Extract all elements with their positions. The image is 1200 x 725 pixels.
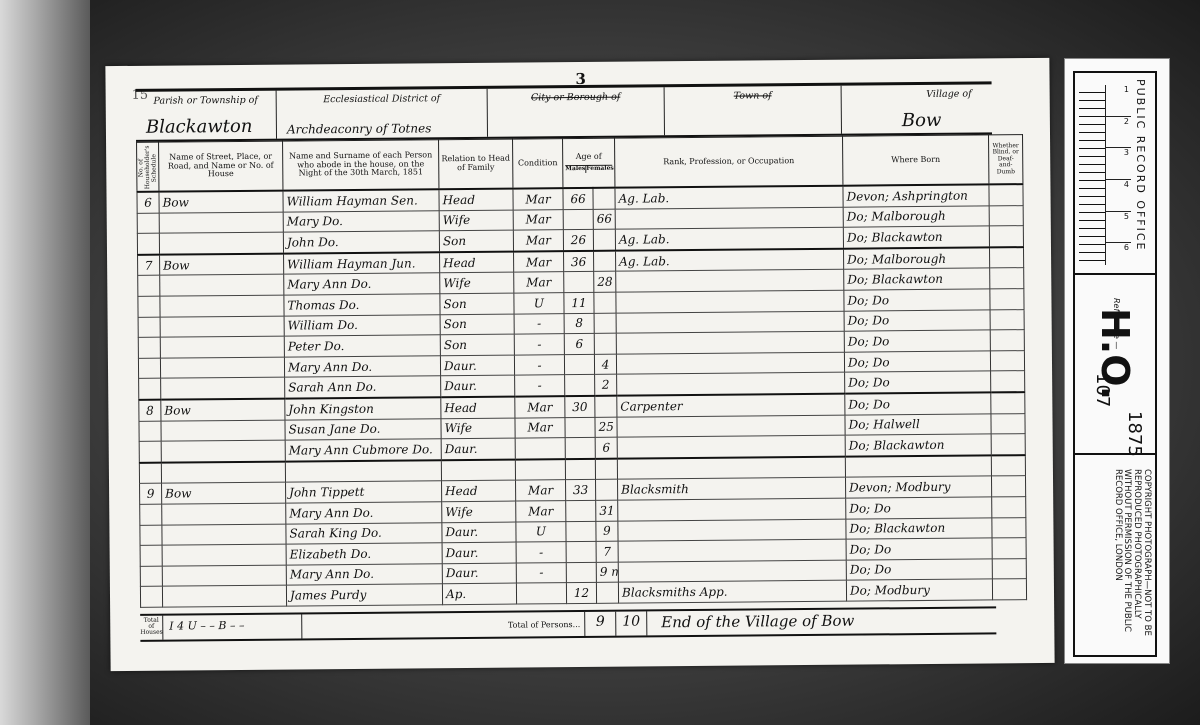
col-occupation: Rank, Profession, or Occupation <box>615 136 843 187</box>
occupation <box>618 560 846 583</box>
condition: - <box>514 313 564 334</box>
condition: Mar <box>515 417 565 438</box>
condition: Mar <box>516 480 566 501</box>
where-born: Devon; Modbury <box>846 476 992 498</box>
age-female: 4 <box>594 354 616 375</box>
schedule-number <box>138 337 160 358</box>
relation: Wife <box>441 418 515 439</box>
relation: Daur. <box>441 438 515 460</box>
occupation <box>617 456 845 479</box>
schedule-number <box>139 421 161 442</box>
age-male <box>565 375 595 396</box>
ecclesiastical-value: Archdeaconry of Totnes <box>287 121 432 136</box>
condition: Mar <box>513 209 563 230</box>
relation: Wife <box>439 210 513 231</box>
age-female: 2 <box>595 375 617 396</box>
age-male: 6 <box>564 334 594 355</box>
occupation <box>616 290 844 313</box>
total-females: 10 <box>616 611 647 635</box>
age-male <box>566 521 596 542</box>
occupation <box>617 415 845 438</box>
totals-row: Total of Houses I 4 U – – B – – Total of… <box>140 606 996 641</box>
scale-number: 1 <box>1105 85 1131 117</box>
street-name <box>160 274 284 296</box>
blind-deaf <box>990 247 1024 268</box>
condition: Mar <box>513 230 563 252</box>
person-name: Elizabeth Do. <box>286 543 442 565</box>
person-name: Susan Jane Do. <box>285 418 441 440</box>
blind-deaf <box>991 371 1025 392</box>
strip-divider <box>1075 273 1155 275</box>
age-female: 66 <box>593 209 615 230</box>
relation: Daur. <box>440 355 514 376</box>
age-female <box>594 250 616 271</box>
street-name <box>159 232 283 254</box>
where-born: Do; Blackawton <box>845 434 991 456</box>
person-name: Mary Do. <box>283 210 439 232</box>
street-name <box>161 377 285 399</box>
occupation <box>618 519 846 542</box>
schedule-number <box>140 586 162 607</box>
schedule-number <box>138 358 160 379</box>
relation: Head <box>441 397 515 419</box>
relation: Daur. <box>442 542 516 563</box>
age-female <box>595 458 617 479</box>
scale-number: 4 <box>1105 180 1131 212</box>
age-males-label: Males <box>565 166 585 173</box>
schedule-number <box>140 504 162 525</box>
age-females-label: Females <box>585 166 614 173</box>
person-name: Mary Ann Do. <box>284 273 440 295</box>
blind-deaf <box>989 205 1023 226</box>
col-condition: Condition <box>513 139 563 189</box>
blind-deaf <box>992 517 1026 538</box>
blind-deaf <box>990 268 1024 289</box>
relation: Son <box>440 293 514 314</box>
schedule-number <box>140 545 162 566</box>
condition: - <box>516 562 566 583</box>
relation: Son <box>440 334 514 355</box>
village-label: Village of <box>842 88 992 100</box>
relation: Daur. <box>442 522 516 543</box>
street-name: Bow <box>162 482 286 504</box>
schedule-number <box>138 296 160 317</box>
where-born: Do; Malborough <box>843 206 989 228</box>
blind-deaf <box>989 184 1023 205</box>
census-body: 6BowWilliam Hayman Sen.HeadMar66Ag. Lab.… <box>137 184 1027 607</box>
age-female <box>594 292 616 313</box>
age-male <box>563 209 593 230</box>
person-name: William Do. <box>284 314 440 336</box>
condition: Mar <box>513 188 563 210</box>
where-born: Do; Blackawton <box>846 517 992 539</box>
age-female <box>593 188 615 209</box>
where-born: Do; Do <box>846 559 992 581</box>
occupation: Ag. Lab. <box>615 227 843 250</box>
age-female: 31 <box>596 500 618 521</box>
condition: - <box>514 334 564 355</box>
person-name: Sarah Ann Do. <box>285 376 441 398</box>
total-houses-label: Total of Houses <box>140 616 163 640</box>
scale-number: 5 <box>1105 212 1131 244</box>
condition: Mar <box>516 501 566 522</box>
age-male: 30 <box>565 396 595 417</box>
age-male: 66 <box>563 188 593 209</box>
age-label: Age of <box>565 153 612 162</box>
schedule-number: 6 <box>137 192 159 213</box>
street-name: Bow <box>159 191 283 213</box>
where-born: Do; Do <box>845 392 991 414</box>
age-female <box>593 229 615 250</box>
occupation: Carpenter <box>617 394 845 417</box>
condition <box>516 583 566 604</box>
person-name: Sarah King Do. <box>286 522 442 544</box>
where-born: Do; Do <box>844 330 990 352</box>
age-female: 25 <box>595 417 617 438</box>
occupation <box>617 435 845 458</box>
ruler-scale <box>1079 85 1106 265</box>
occupation: Blacksmith <box>618 477 846 500</box>
relation: Daur. <box>441 375 515 397</box>
occupation: Ag. Lab. <box>615 186 843 209</box>
blind-deaf <box>990 309 1024 330</box>
village-cell: Village of Bow <box>842 84 992 133</box>
street-name <box>161 461 285 483</box>
col-street: Name of Street, Place, or Road, and Name… <box>159 141 283 192</box>
blind-deaf <box>991 413 1025 434</box>
street-name <box>159 212 283 234</box>
strip-divider-2 <box>1075 453 1155 455</box>
age-female: 9 <box>596 521 618 542</box>
location-header: Parish or Township of Blackawton Ecclesi… <box>136 84 992 141</box>
age-male: 12 <box>566 583 596 604</box>
piece-number: 107 <box>1092 373 1113 407</box>
houses-value: I 4 U – – B – – <box>163 614 302 639</box>
where-born <box>845 455 991 477</box>
age-male: 26 <box>563 230 593 251</box>
street-name <box>160 295 284 317</box>
town-label: Town of <box>665 90 841 103</box>
person-name: William Hayman Jun. <box>284 252 440 274</box>
condition: U <box>514 293 564 314</box>
where-born: Do; Do <box>844 351 990 373</box>
city-cell: City or Borough of <box>488 87 665 137</box>
where-born: Do; Do <box>844 289 990 311</box>
age-male <box>566 500 596 521</box>
age-female <box>596 479 618 500</box>
where-born: Do; Do <box>846 538 992 560</box>
occupation <box>616 331 844 354</box>
scale-number: 2 <box>1105 117 1131 149</box>
age-male <box>566 562 596 583</box>
relation: Head <box>442 480 516 501</box>
blind-deaf <box>992 497 1026 518</box>
age-female <box>594 313 616 334</box>
schedule-number <box>140 566 162 587</box>
blind-deaf <box>990 330 1024 351</box>
where-born: Do; Halwell <box>845 413 991 435</box>
street-name: Bow <box>161 399 285 421</box>
village-value: Bow <box>902 110 942 131</box>
copyright-notice: COPYRIGHT PHOTOGRAPH—NOT TO BE REPRODUCE… <box>1112 469 1151 649</box>
age-female: 9 m <box>596 562 618 583</box>
condition: U <box>516 521 566 542</box>
relation <box>441 459 515 481</box>
ecclesiastical-label: Ecclesiastical District of <box>277 93 487 106</box>
street-name <box>160 336 284 358</box>
street-name <box>160 357 284 379</box>
record-office-title: PUBLIC RECORD OFFICE <box>1134 79 1147 252</box>
col-relation: Relation to Head of Family <box>439 139 513 189</box>
person-name: John Do. <box>283 231 439 253</box>
where-born: Do; Do <box>844 309 990 331</box>
schedule-number <box>137 233 159 254</box>
age-male <box>565 459 595 480</box>
census-table: No. of Householder's Schedule Name of St… <box>136 134 1027 608</box>
person-name <box>285 460 441 482</box>
street-name <box>161 440 285 462</box>
census-page: 15 3 Parish or Township of Blackawton Ec… <box>105 58 1054 671</box>
schedule-number <box>139 462 161 483</box>
schedule-number: 9 <box>140 483 162 504</box>
blind-deaf <box>991 434 1025 455</box>
schedule-number <box>140 525 162 546</box>
occupation <box>615 207 843 230</box>
person-name: John Tippett <box>286 481 442 503</box>
relation: Son <box>439 230 513 252</box>
blind-deaf <box>990 289 1024 310</box>
street-name <box>162 565 286 587</box>
schedule-number: 7 <box>138 254 160 275</box>
parish-value: Blackawton <box>146 116 253 138</box>
age-female <box>596 582 618 603</box>
schedule-number <box>137 213 159 234</box>
where-born: Devon; Ashprington <box>843 184 989 206</box>
occupation <box>618 539 846 562</box>
occupation <box>616 311 844 334</box>
schedule-number <box>139 441 161 462</box>
blind-deaf <box>991 455 1025 476</box>
where-born: Do; Do <box>845 371 991 393</box>
relation: Head <box>439 189 513 211</box>
occupation <box>616 352 844 375</box>
person-name: Mary Ann Cubmore Do. <box>285 439 441 461</box>
blind-deaf <box>992 476 1026 497</box>
blind-deaf <box>989 226 1023 247</box>
city-label: City or Borough of <box>488 91 664 104</box>
blind-deaf <box>992 538 1026 559</box>
occupation: Ag. Lab. <box>616 248 844 271</box>
age-male: 8 <box>564 313 594 334</box>
street-name <box>161 420 285 442</box>
folio-ref: 1875 <box>1124 411 1145 457</box>
person-name: John Kingston <box>285 397 441 419</box>
street-name: Bow <box>160 253 284 275</box>
blind-deaf <box>992 579 1026 600</box>
age-male: 11 <box>564 292 594 313</box>
relation: Wife <box>442 501 516 522</box>
condition <box>515 438 565 460</box>
person-name: Mary Ann Do. <box>286 502 442 524</box>
condition: Mar <box>515 396 565 418</box>
occupation: Blacksmiths App. <box>618 580 846 603</box>
total-males: 9 <box>585 612 616 636</box>
col-where-born: Where Born <box>843 135 989 186</box>
schedule-number <box>139 379 161 400</box>
occupation <box>618 498 846 521</box>
street-name <box>162 524 286 546</box>
col-blind-deaf: Whether Blind, or Deaf-and-Dumb <box>989 135 1023 185</box>
scale-number: 3 <box>1105 148 1131 180</box>
condition: Mar <box>514 251 564 273</box>
person-name: Mary Ann Do. <box>286 563 442 585</box>
where-born: Do; Malborough <box>844 247 990 269</box>
street-name <box>160 316 284 338</box>
scale-numbers: 123456 <box>1105 85 1131 275</box>
person-name: Thomas Do. <box>284 294 440 316</box>
age-female: 6 <box>595 437 617 458</box>
relation: Son <box>440 314 514 335</box>
age-male: 36 <box>564 251 594 272</box>
scan-background <box>0 0 90 725</box>
age-female <box>594 333 616 354</box>
relation: Head <box>440 251 514 273</box>
condition: - <box>516 542 566 563</box>
schedule-number <box>138 317 160 338</box>
ecclesiastical-cell: Ecclesiastical District of Archdeaconry … <box>277 89 488 139</box>
street-name <box>162 503 286 525</box>
age-male <box>566 541 596 562</box>
blind-deaf <box>990 350 1024 371</box>
col-schedule: No. of Householder's Schedule <box>137 142 159 192</box>
col-age: Age of Males Females <box>563 138 615 188</box>
age-male <box>565 417 595 438</box>
parish-label: Parish or Township of <box>136 95 276 107</box>
street-name <box>162 585 286 607</box>
where-born: Do; Do <box>846 497 992 519</box>
condition <box>515 459 565 481</box>
age-male <box>565 437 595 458</box>
age-male <box>564 354 594 375</box>
blind-deaf <box>992 558 1026 579</box>
age-male <box>564 272 594 293</box>
person-name: William Hayman Sen. <box>283 189 439 211</box>
age-female <box>595 396 617 417</box>
street-name <box>162 544 286 566</box>
schedule-number <box>138 276 160 297</box>
relation: Ap. <box>442 583 516 604</box>
reference-strip: 123456 PUBLIC RECORD OFFICE Reference — … <box>1064 58 1170 664</box>
total-persons-label: Total of Persons... <box>302 612 585 638</box>
town-cell: Town of <box>665 86 842 136</box>
relation: Daur. <box>442 563 516 584</box>
age-female: 28 <box>594 272 616 293</box>
end-note: End of the Village of Bow <box>647 608 996 635</box>
condition: Mar <box>514 272 564 293</box>
scale-number: 6 <box>1105 243 1131 275</box>
blind-deaf <box>991 392 1025 413</box>
reference-strip-frame: 123456 PUBLIC RECORD OFFICE Reference — … <box>1073 71 1157 657</box>
condition: - <box>514 354 564 375</box>
col-name: Name and Surname of each Person who abod… <box>283 140 439 191</box>
column-header-row: No. of Householder's Schedule Name of St… <box>137 135 1023 192</box>
age-male: 33 <box>566 480 596 501</box>
where-born: Do; Blackawton <box>843 226 989 248</box>
occupation <box>616 270 844 293</box>
where-born: Do; Modbury <box>846 579 992 601</box>
person-name: Peter Do. <box>284 335 440 357</box>
person-name: James Purdy <box>286 584 442 606</box>
parish-cell: Parish or Township of Blackawton <box>136 91 277 140</box>
relation: Wife <box>440 272 514 293</box>
condition: - <box>515 375 565 397</box>
schedule-number: 8 <box>139 400 161 421</box>
person-name: Mary Ann Do. <box>284 355 440 377</box>
where-born: Do; Blackawton <box>844 268 990 290</box>
occupation <box>617 373 845 396</box>
age-female: 7 <box>596 541 618 562</box>
